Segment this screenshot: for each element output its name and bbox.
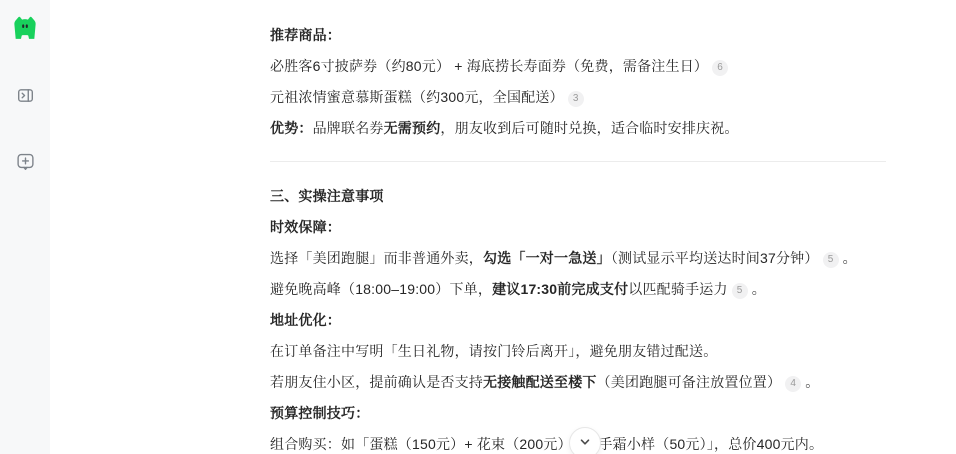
text-run: 在订单备注中写明「生日礼物，请按门铃后离开」，避免朋友错过配送。 [270, 343, 717, 359]
scroll-to-bottom-button[interactable] [569, 427, 601, 454]
citation-badge[interactable]: 5 [823, 252, 839, 268]
paragraph: 避免晚高峰（18:00–19:00）下单，建议17:30前完成支付以匹配骑手运力… [270, 278, 886, 300]
paragraph: 选择「美团跑腿」而非普通外卖，勾选「一对一急送」（测试显示平均送达时间37分钟）… [270, 247, 886, 269]
text-run: 元祖浓情蜜意慕斯蛋糕（约300元，全国配送） [270, 89, 564, 105]
expand-sidebar-icon [17, 87, 34, 107]
text-run: 选择「美团跑腿」而非普通外卖， [270, 250, 483, 266]
text-run: 。 [805, 374, 819, 390]
text-run: 时效保障： [270, 219, 341, 235]
paragraph: 地址优化： [270, 309, 886, 331]
text-run: 勾选「一对一急送」 [483, 250, 611, 266]
text-run: （美团跑腿可备注放置位置） [597, 374, 782, 390]
sidebar-item-new-chat[interactable] [12, 150, 38, 176]
text-run: 建议17:30前完成支付 [492, 281, 628, 297]
text-run: ，朋友收到后可随时兑换，适合临时安排庆祝。 [440, 120, 738, 136]
text-run: 推荐商品： [270, 27, 341, 43]
citation-badge[interactable]: 6 [712, 60, 728, 76]
paragraph: 在订单备注中写明「生日礼物，请按门铃后离开」，避免朋友错过配送。 [270, 340, 886, 362]
paragraph: 时效保障： [270, 216, 886, 238]
text-run: 无需预约 [384, 120, 441, 136]
text-run: 。 [843, 250, 857, 266]
text-run: 地址优化： [270, 312, 341, 328]
paragraph: 必胜客6寸披萨券（约80元） + 海底捞长寿面券（免费，需备注生日）6 [270, 55, 886, 77]
text-run: 品牌联名券 [313, 120, 384, 136]
text-run: 。 [752, 281, 766, 297]
text-run: 优势： [270, 120, 313, 136]
citation-badge[interactable]: 3 [568, 91, 584, 107]
sidebar-item-expand[interactable] [12, 84, 38, 110]
paragraph: 优势：品牌联名券无需预约，朋友收到后可随时兑换，适合临时安排庆祝。 [270, 117, 886, 139]
paragraph: 预算控制技巧： [270, 402, 886, 424]
section-divider [270, 161, 886, 162]
paragraph: 若朋友住小区，提前确认是否支持无接触配送至楼下（美团跑腿可备注放置位置）4。 [270, 371, 886, 393]
citation-badge[interactable]: 5 [732, 283, 748, 299]
text-run: （测试显示平均送达时间37分钟） [611, 250, 819, 266]
text-run: 无接触配送至楼下 [483, 374, 597, 390]
citation-badge[interactable]: 4 [785, 376, 801, 392]
new-chat-icon [16, 152, 35, 174]
app-window: 推荐商品：必胜客6寸披萨券（约80元） + 海底捞长寿面券（免费，需备注生日）6… [0, 0, 956, 454]
section-heading: 三、实操注意事项 [270, 185, 886, 207]
text-run: 预算控制技巧： [270, 405, 369, 421]
sidebar [0, 0, 50, 454]
app-logo[interactable] [12, 16, 38, 40]
text-run: 以匹配骑手运力 [628, 281, 727, 297]
longcat-m-logo-icon [12, 28, 38, 43]
paragraph: 元祖浓情蜜意慕斯蛋糕（约300元，全国配送）3 [270, 86, 886, 108]
assistant-message: 推荐商品：必胜客6寸披萨券（约80元） + 海底捞长寿面券（免费，需备注生日）6… [50, 0, 886, 454]
text-run: 必胜客6寸披萨券（约80元） + 海底捞长寿面券（免费，需备注生日） [270, 58, 708, 74]
paragraph: 推荐商品： [270, 24, 886, 46]
chevron-down-icon [578, 435, 592, 452]
text-run: 若朋友住小区，提前确认是否支持 [270, 374, 483, 390]
text-run: 避免晚高峰（18:00–19:00）下单， [270, 281, 492, 297]
text-run: 组合购买：如「蛋糕（150元）+ 花束（200元）+ 护手霜小样（50元）」，总… [270, 436, 823, 452]
chat-scroll-area[interactable]: 推荐商品：必胜客6寸披萨券（约80元） + 海底捞长寿面券（免费，需备注生日）6… [50, 0, 956, 454]
text-run: 三、实操注意事项 [270, 188, 384, 204]
